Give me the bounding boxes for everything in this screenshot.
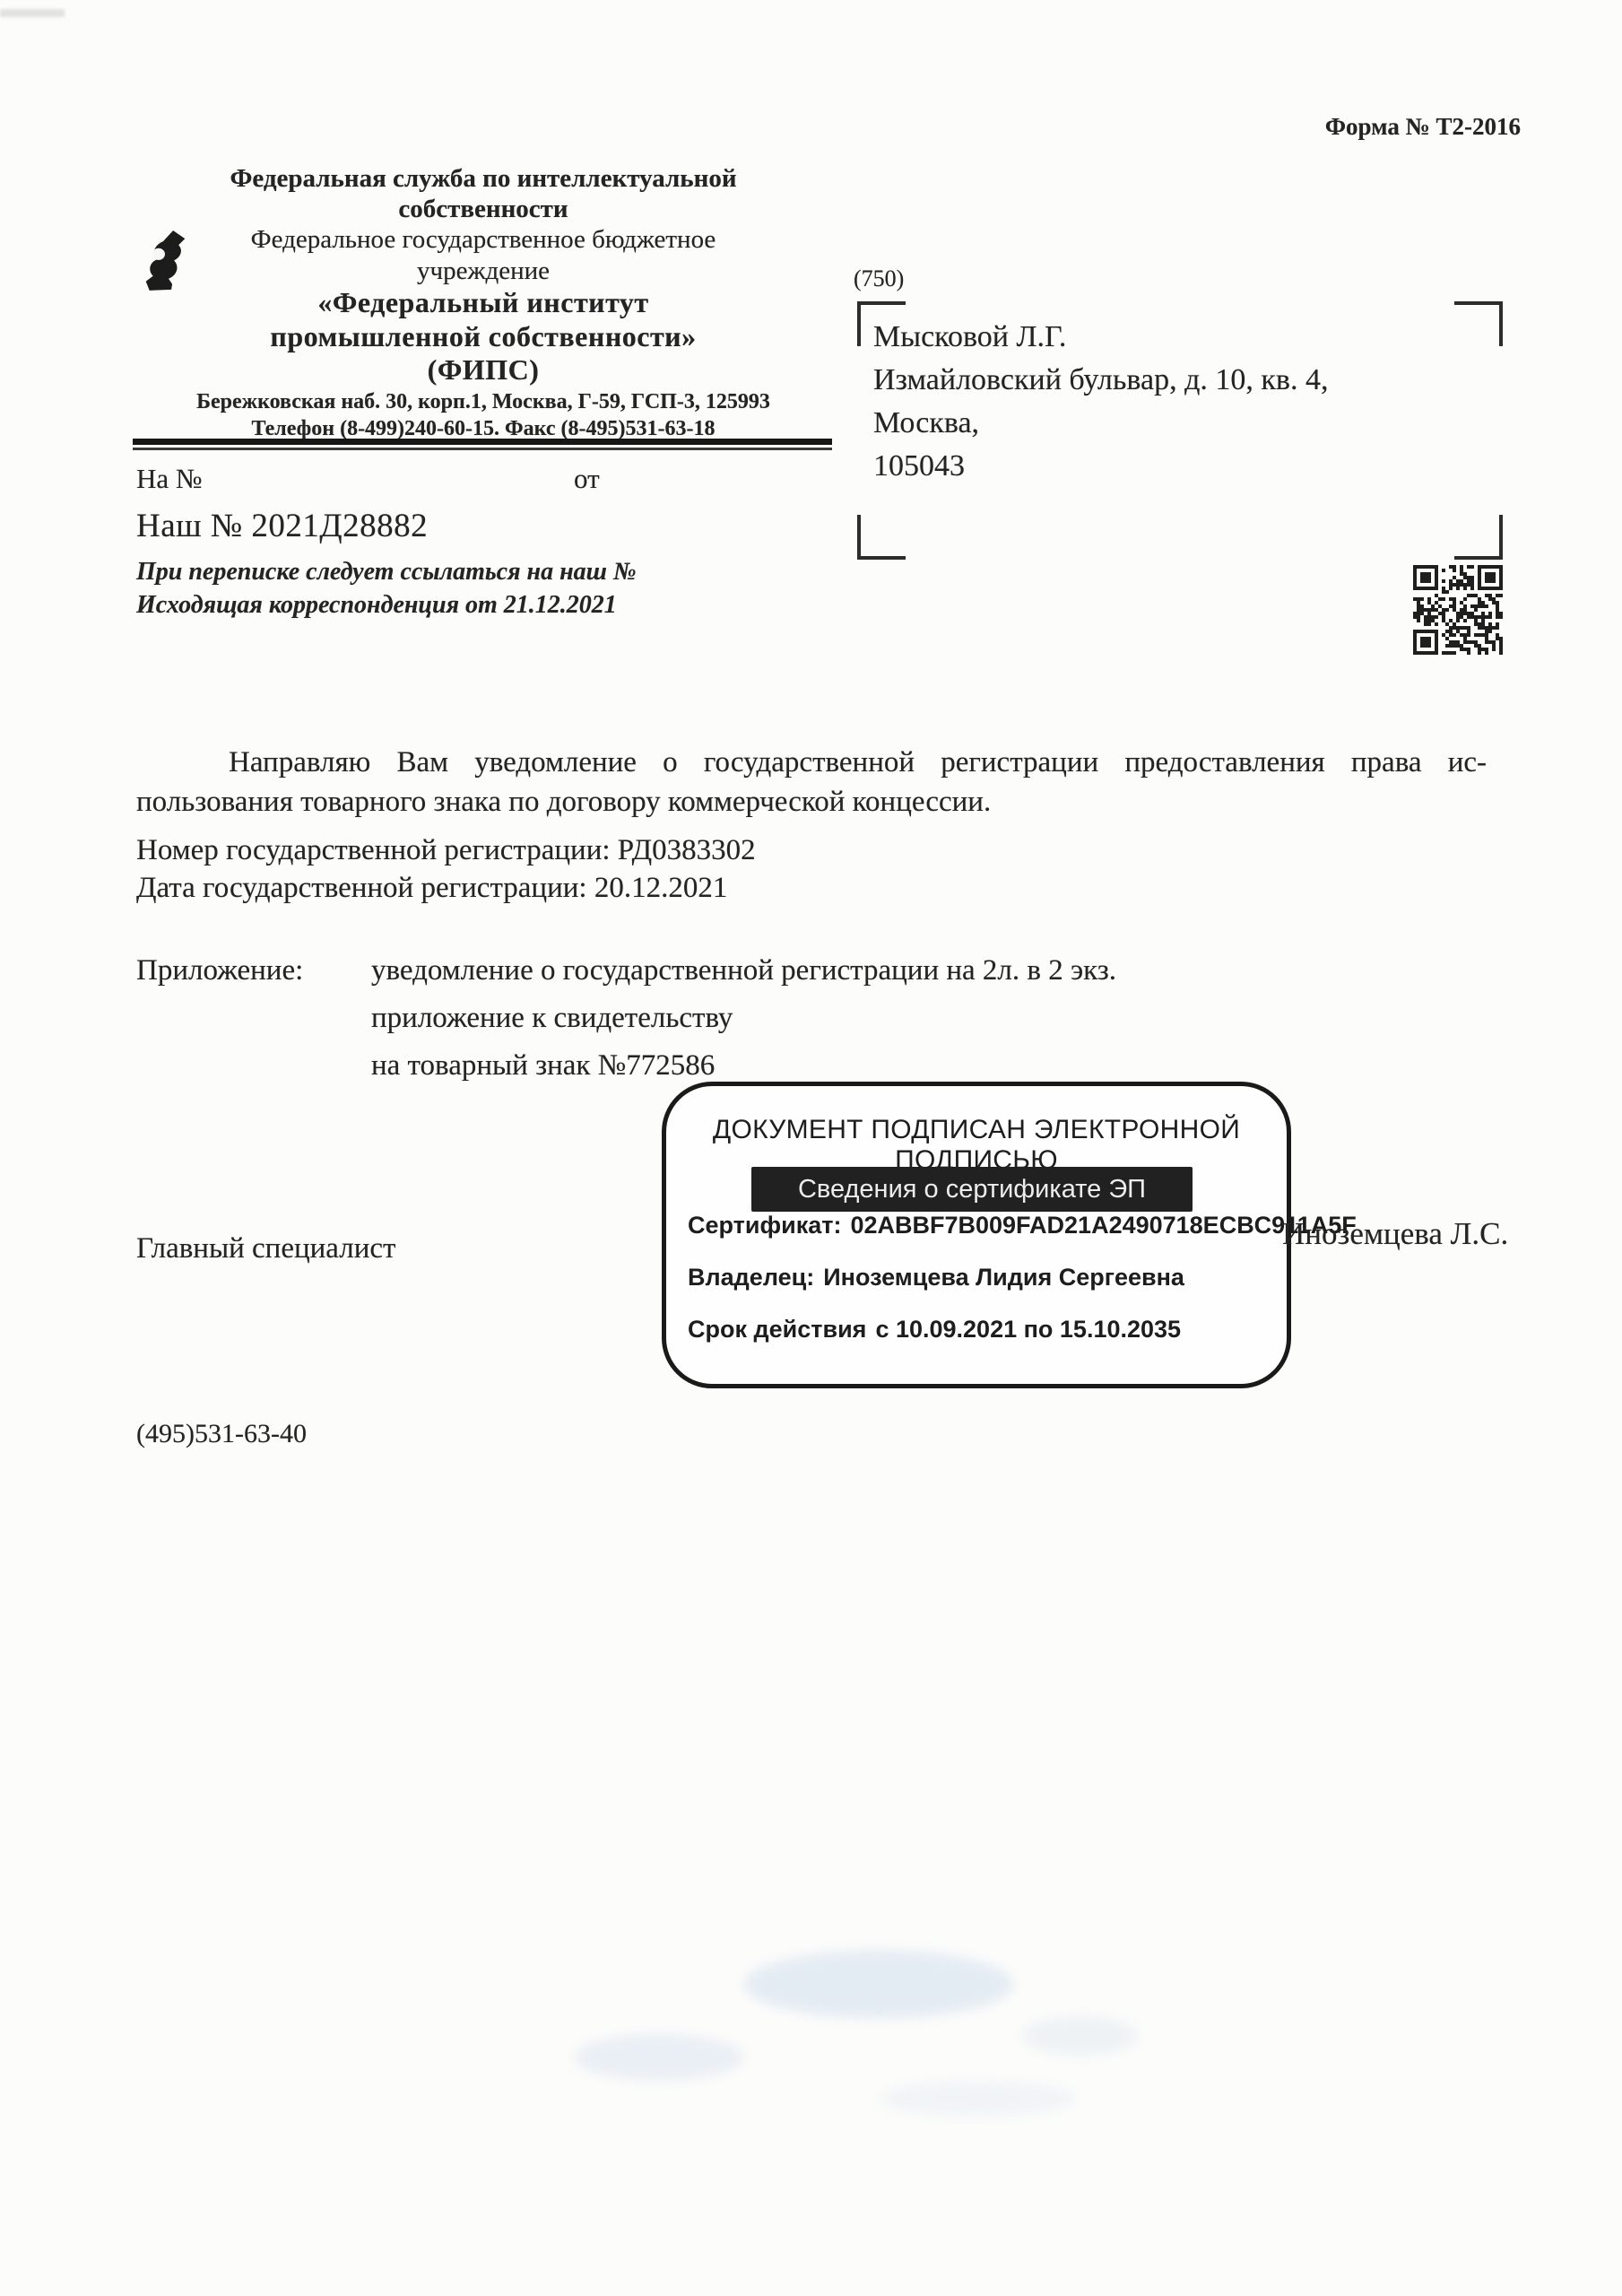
owner-value: Иноземцева Лидия Сергеевна bbox=[823, 1264, 1184, 1291]
contact-phone: (495)531-63-40 bbox=[136, 1419, 307, 1449]
outgoing-number: Наш № 2021Д28882 bbox=[136, 507, 428, 545]
org-address: Бережковская наб. 30, корп.1, Москва, Г-… bbox=[134, 389, 832, 414]
recipient-code: (750) bbox=[854, 265, 904, 292]
recipient-address: Мысковой Л.Г. Измайловский бульвар, д. 1… bbox=[873, 316, 1447, 488]
validity-line: Срок действияс 10.09.2021 по 15.10.2035 bbox=[688, 1316, 1181, 1344]
reference-row: На № от bbox=[136, 463, 836, 495]
scan-smudge bbox=[879, 2081, 1076, 2117]
scan-streak bbox=[0, 9, 65, 17]
org-name-line-2: промышленной собственности» bbox=[134, 320, 832, 354]
recipient-street: Измайловский бульвар, д. 10, кв. 4, bbox=[873, 359, 1447, 402]
form-number: Форма № Т2-2016 bbox=[1237, 113, 1521, 141]
org-type-line-2: учреждение bbox=[134, 256, 832, 286]
attachment-block: Приложение: уведомление о государственно… bbox=[136, 947, 1116, 1090]
org-abbr: (ФИПС) bbox=[134, 353, 832, 387]
address-corner-mark bbox=[1454, 515, 1503, 560]
owner-label: Владелец: bbox=[688, 1264, 814, 1291]
body-line-1: Направляю Вам уведомление о государствен… bbox=[136, 743, 1487, 782]
recipient-name: Мысковой Л.Г. bbox=[873, 316, 1447, 359]
reference-note-1: При переписке следует ссылаться на наш № bbox=[136, 558, 637, 587]
attachment-line-2: приложение к свидетельству bbox=[371, 995, 1116, 1042]
incoming-date-label: от bbox=[574, 463, 600, 495]
certificate-value: 02ABBF7B009FAD21A2490718ECBC911A5F bbox=[850, 1212, 1356, 1239]
letterhead-divider bbox=[133, 439, 832, 450]
signer-position: Главный специалист bbox=[136, 1232, 395, 1265]
recipient-city: Москва, bbox=[873, 402, 1447, 445]
signer-name: Иноземцева Л.С. bbox=[1282, 1216, 1508, 1252]
registration-date-line: Дата государственной регистрации: 20.12.… bbox=[136, 872, 727, 905]
org-type-line-1: Федеральное государственное бюджетное bbox=[134, 224, 832, 255]
letter-body: Направляю Вам уведомление о государствен… bbox=[136, 743, 1487, 822]
body-line-2: пользования товарного знака по договору … bbox=[136, 782, 1487, 822]
scanned-letter-page: { "form_number": "Форма № Т2-2016", "let… bbox=[0, 0, 1622, 2296]
letterhead: Федеральная служба по интеллектуальной с… bbox=[134, 163, 832, 442]
validity-value: с 10.09.2021 по 15.10.2035 bbox=[875, 1316, 1181, 1343]
validity-label: Срок действия bbox=[688, 1316, 866, 1343]
certificate-label: Сертификат: bbox=[688, 1212, 841, 1239]
attachment-line-1: уведомление о государственной регистраци… bbox=[371, 947, 1116, 995]
certificate-info-button: Сведения о сертификате ЭП bbox=[751, 1167, 1193, 1212]
recipient-postcode: 105043 bbox=[873, 445, 1447, 488]
reference-note-2: Исходящая корреспонденция от 21.12.2021 bbox=[136, 591, 617, 620]
address-corner-mark bbox=[1454, 301, 1503, 346]
qr-code bbox=[1413, 565, 1503, 655]
electronic-signature-stamp: ДОКУМЕНТ ПОДПИСАН ЭЛЕКТРОННОЙ ПОДПИСЬЮ С… bbox=[662, 1082, 1291, 1388]
attachment-label: Приложение: bbox=[136, 947, 371, 1090]
scan-smudge bbox=[1022, 2016, 1139, 2056]
org-service-line-2: собственности bbox=[134, 194, 832, 224]
certificate-info-button-label: Сведения о сертификате ЭП bbox=[798, 1175, 1146, 1204]
scan-smudge bbox=[744, 1951, 1013, 2018]
owner-line: Владелец:Иноземцева Лидия Сергеевна bbox=[688, 1264, 1184, 1291]
registration-number-line: Номер государственной регистрации: РД038… bbox=[136, 834, 756, 867]
org-name-line-1: «Федеральный институт bbox=[134, 286, 832, 320]
incoming-number-label: На № bbox=[136, 463, 202, 494]
scan-smudge bbox=[574, 2034, 744, 2081]
org-service-line-1: Федеральная служба по интеллектуальной bbox=[134, 163, 832, 194]
certificate-line: Сертификат:02ABBF7B009FAD21A2490718ECBC9… bbox=[688, 1212, 1357, 1239]
address-corner-mark bbox=[857, 515, 906, 560]
